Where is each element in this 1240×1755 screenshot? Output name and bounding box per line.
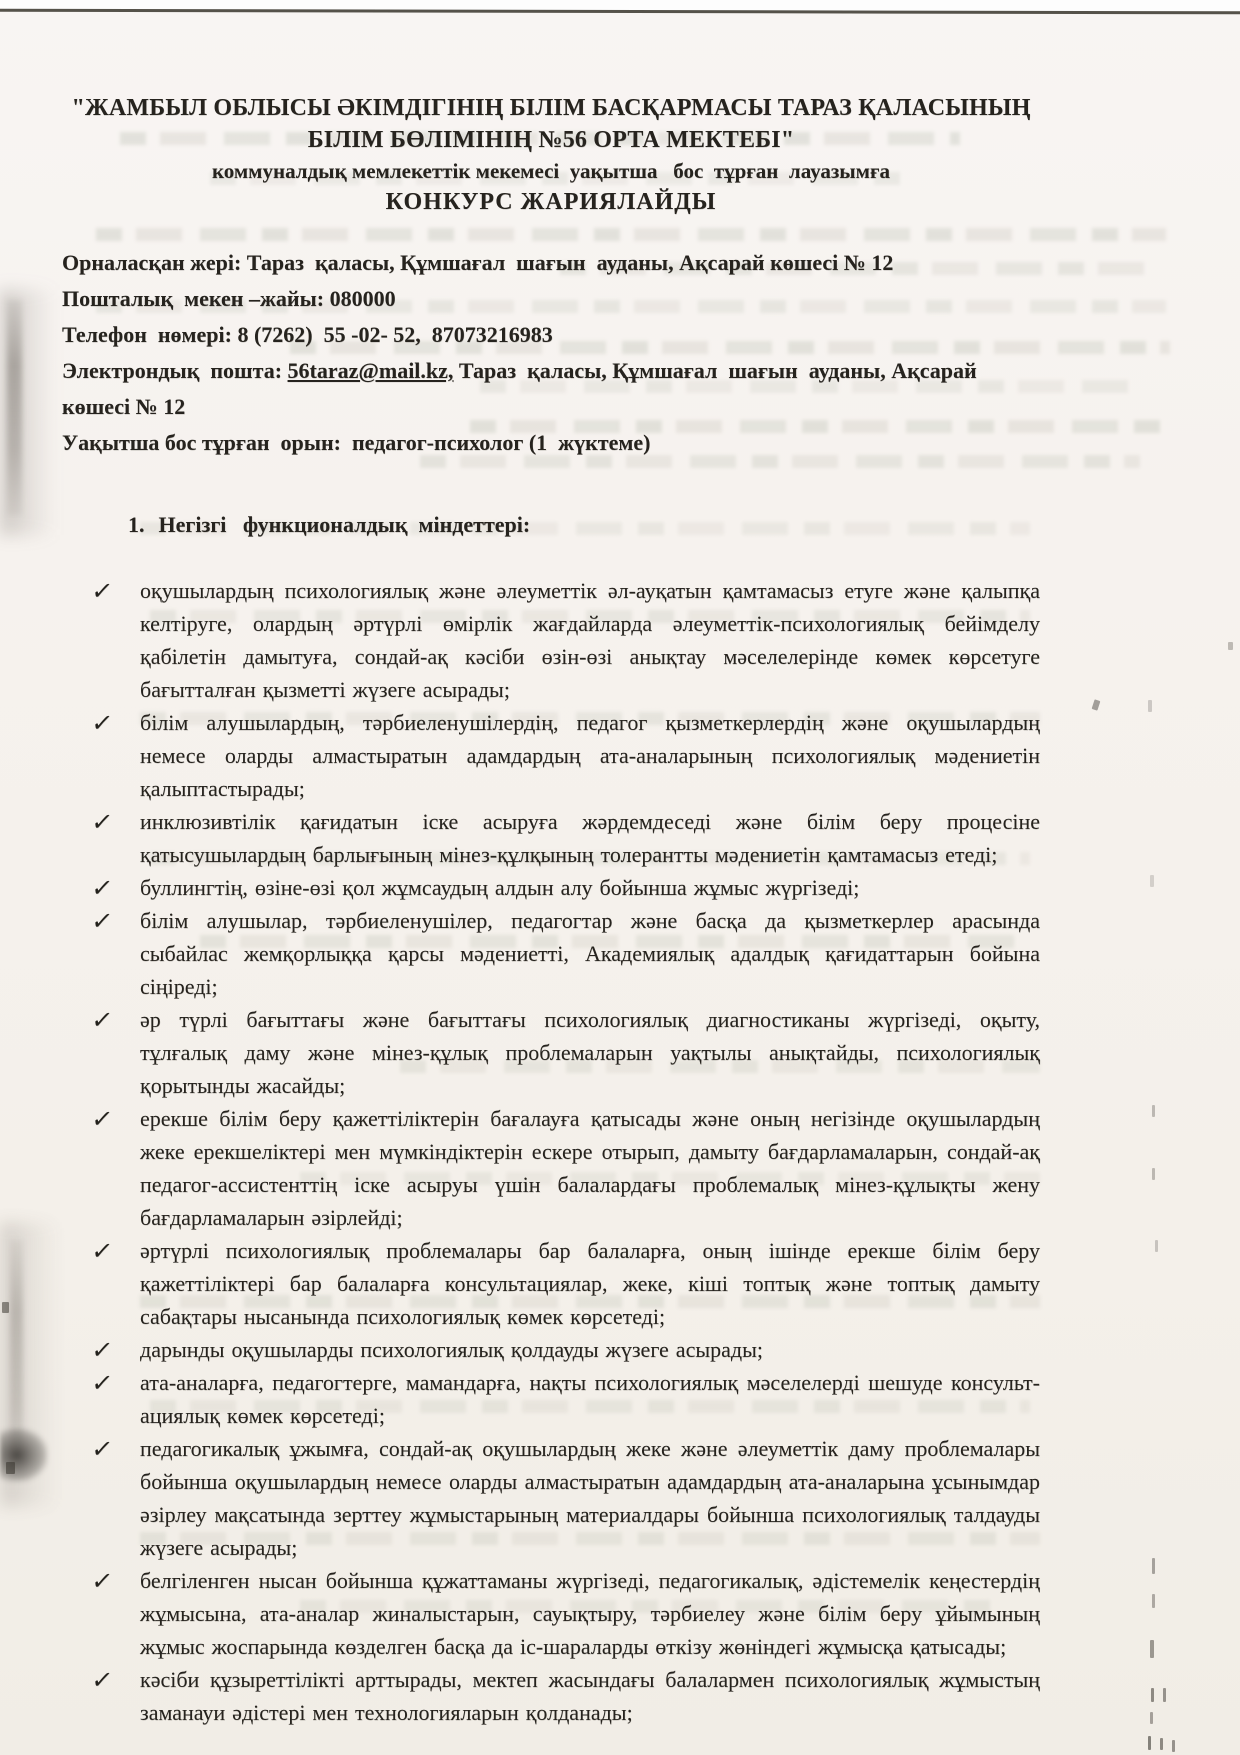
edge-mark <box>1150 1640 1154 1658</box>
duty-item: ✓ педагогикалық ұжымға, сондай-ақ оқушыл… <box>62 1432 1040 1564</box>
duty-item: ✓ әртүрлі психологиялық проблемалары бар… <box>62 1234 1040 1333</box>
announcement-line: КОНКУРС ЖАРИЯЛАЙДЫ <box>62 186 1040 219</box>
section-number: 1. <box>128 512 145 537</box>
checkmark-icon: ✓ <box>89 905 115 938</box>
location-line: Орналасқан жері: Тараз қаласы, Құмшағал … <box>62 245 1040 281</box>
phone-line: Телефон нөмері: 8 (7262) 55 -02- 52, 870… <box>62 317 1040 353</box>
edge-mark <box>1150 875 1154 887</box>
duty-item: ✓ белгіленген нысан бойынша құжаттаманы … <box>62 1564 1040 1663</box>
title-line-1: "ЖАМБЫЛ ОБЛЫСЫ ӘКІМДІГІНІҢ БІЛІМ БАСҚАРМ… <box>62 92 1040 124</box>
checkmark-icon: ✓ <box>89 1664 115 1697</box>
edge-mark <box>1148 700 1152 712</box>
section-title: Негізгі функционалдық міндеттері: <box>159 512 531 537</box>
checkmark-icon: ✓ <box>89 1433 115 1466</box>
vacancy-line: Уақытша бос тұрған орын: педагог-психоло… <box>62 425 1040 461</box>
edge-mark <box>1151 1688 1154 1702</box>
duty-item: ✓ әр түрлі бағыттағы және бағыттағы псих… <box>62 1003 1040 1102</box>
email-line: Электрондық пошта: 56taraz@mail.kz, Тара… <box>62 353 1040 425</box>
email-label: Электрондық пошта: <box>62 358 288 383</box>
duty-text: білім алушылар, тәрбиеленушілер, педагог… <box>140 904 1040 1003</box>
duty-text: кәсіби құзыреттілікті арттырады, мектеп … <box>140 1663 1040 1729</box>
duty-item: ✓ ерекше білім беру қажеттіліктерін баға… <box>62 1102 1040 1234</box>
checkmark-icon: ✓ <box>89 872 115 905</box>
duty-item: ✓ білім алушылардың, тәрбиеленушілердің,… <box>62 706 1040 805</box>
edge-mark <box>1155 1240 1158 1252</box>
scan-speck <box>1228 642 1233 650</box>
checkmark-icon: ✓ <box>89 1004 115 1037</box>
edge-mark <box>1152 1168 1155 1180</box>
checkmark-icon: ✓ <box>89 1565 115 1598</box>
duty-text: инклюзивтілік қағидатын іске асыруға жәр… <box>140 805 1040 871</box>
title-subtitle: коммуналдық мемлекеттік мекемесі уақытша… <box>62 156 1040 186</box>
checkmark-icon: ✓ <box>89 1334 115 1367</box>
edge-mark <box>6 1462 15 1474</box>
postal-line: Пошталық мекен –жайы: 080000 <box>62 281 1040 317</box>
scan-smudge <box>7 300 22 515</box>
duty-item: ✓ инклюзивтілік қағидатын іске асыруға ж… <box>62 805 1040 871</box>
duty-item: ✓ ата-аналарға, педагогтерге, мамандарға… <box>62 1366 1040 1432</box>
duty-text: белгіленген нысан бойынша құжаттаманы жү… <box>140 1564 1040 1663</box>
duty-text: ерекше білім беру қажеттіліктерін бағала… <box>140 1102 1040 1234</box>
duty-text: ата-аналарға, педагогтерге, мамандарға, … <box>140 1366 1040 1432</box>
contact-block: Орналасқан жері: Тараз қаласы, Құмшағал … <box>62 245 1040 461</box>
edge-mark <box>1160 1738 1163 1750</box>
edge-mark <box>2 1302 9 1313</box>
duties-list: ✓ оқушылардың психологиялық және әлеумет… <box>62 574 1040 1729</box>
edge-mark <box>1152 1558 1155 1574</box>
edge-mark <box>1150 1712 1153 1724</box>
email-address: 56taraz@mail.kz, <box>288 358 454 383</box>
duty-item: ✓ дарынды оқушыларды психологиялық қолда… <box>62 1333 1040 1366</box>
duty-item: ✓ буллингтің, өзіне-өзі қол жұмсаудың ал… <box>62 871 1040 904</box>
edge-mark <box>1172 1740 1175 1752</box>
duty-text: буллингтің, өзіне-өзі қол жұмсаудың алды… <box>140 871 1040 904</box>
checkmark-icon: ✓ <box>89 1103 115 1136</box>
scan-speck <box>1092 699 1101 710</box>
document-content: "ЖАМБЫЛ ОБЛЫСЫ ӘКІМДІГІНІҢ БІЛІМ БАСҚАРМ… <box>62 80 1040 1729</box>
checkmark-icon: ✓ <box>89 806 115 839</box>
checkmark-icon: ✓ <box>89 1235 115 1268</box>
checkmark-icon: ✓ <box>89 1367 115 1400</box>
duty-text: әртүрлі психологиялық проблемалары бар б… <box>140 1234 1040 1333</box>
duty-text: оқушылардың психологиялық және әлеуметті… <box>140 574 1040 706</box>
duty-text: әр түрлі бағыттағы және бағыттағы психол… <box>140 1003 1040 1102</box>
checkmark-icon: ✓ <box>89 707 115 740</box>
duty-item: ✓ оқушылардың психологиялық және әлеумет… <box>62 574 1040 706</box>
duty-text: білім алушылардың, тәрбиеленушілердің, п… <box>140 706 1040 805</box>
duty-item: ✓ білім алушылар, тәрбиеленушілер, педаг… <box>62 904 1040 1003</box>
edge-mark <box>1152 1105 1155 1117</box>
duty-text: дарынды оқушыларды психологиялық қолдауд… <box>140 1333 1040 1366</box>
checkmark-icon: ✓ <box>89 575 115 608</box>
title-line-2: БІЛІМ БӨЛІМІНІҢ №56 ОРТА МЕКТЕБІ" <box>62 124 1040 156</box>
edge-mark <box>1152 1594 1155 1608</box>
edge-mark <box>1163 1688 1166 1702</box>
duty-item: ✓ кәсіби құзыреттілікті арттырады, мекте… <box>62 1663 1040 1729</box>
section-heading: 1.Негізгі функционалдық міндеттері: <box>62 475 1040 574</box>
duty-text: педагогикалық ұжымға, сондай-ақ оқушылар… <box>140 1432 1040 1564</box>
document-title: "ЖАМБЫЛ ОБЛЫСЫ ӘКІМДІГІНІҢ БІЛІМ БАСҚАРМ… <box>62 80 1040 219</box>
edge-mark <box>1148 1736 1151 1750</box>
